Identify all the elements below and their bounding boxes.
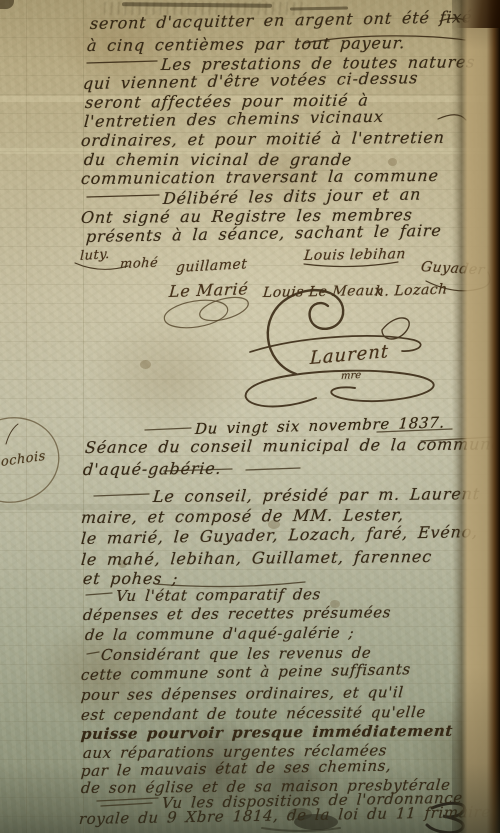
- manuscript-line: cette commune sont à peine suffisants: [80, 660, 411, 684]
- signature-luty: luty.: [80, 247, 110, 264]
- manuscript-line: de la commune d'aqué-galérie ;: [84, 624, 355, 644]
- manuscript-line: puisse pourvoir presque immédiatement: [80, 722, 453, 743]
- manuscript-line: Séance du conseil municipal de la commun…: [84, 434, 500, 457]
- manuscript-line: d'aqué-gabérie.: [82, 459, 222, 479]
- lead-dash: [87, 652, 99, 654]
- signature-le-marie: Le Marié: [168, 279, 249, 301]
- manuscript-line: est cependant de toute nécessité qu'elle: [80, 703, 426, 724]
- lead-dash: [86, 593, 112, 595]
- lead-dash: [94, 494, 149, 496]
- date-dash: [145, 428, 191, 430]
- signature-guillamet: guillamet: [176, 256, 248, 276]
- signature-louis-lebihan: Louis lebihan: [303, 246, 406, 264]
- manuscript-line: Le conseil, présidé par m. Laurent: [152, 484, 481, 506]
- fox-spot: [140, 360, 151, 369]
- filler-dash: [246, 468, 300, 470]
- signature-mayor-title: mre: [341, 370, 362, 382]
- lead-dash: [87, 61, 157, 63]
- signature-laurent-mayor: Laurent: [310, 341, 390, 369]
- laurent-side-loop: [382, 318, 409, 339]
- page-corner-shadow: [428, 0, 500, 28]
- fold-line: [26, 0, 27, 833]
- signature-loop: [162, 296, 229, 332]
- manuscript-line: pour ses dépenses ordinaires, et qu'il: [80, 683, 404, 704]
- margin-annotation: ochois: [1, 449, 46, 470]
- bottom-vignette: [0, 763, 500, 833]
- binding-edge-shadow: [452, 0, 500, 833]
- page-corner-shadow: [0, 0, 14, 9]
- manuscript-line: dépenses et des recettes présumées: [82, 603, 391, 624]
- lead-dash: [87, 195, 159, 197]
- signature-louis-le-meaux: Louis Le Meaux: [262, 283, 383, 301]
- manuscript-line: à cinq centièmes par tout payeur.: [86, 33, 406, 55]
- manuscript-line: et pohes ;: [82, 569, 179, 588]
- signature-mohe: mohé: [119, 256, 158, 272]
- manuscript-page: seront d'acquitter en argent ont été fix…: [0, 0, 500, 833]
- margin-paraph: [6, 424, 18, 444]
- manuscript-line: qui viennent d'être votées ci-dessus: [82, 68, 419, 93]
- manuscript-line: l'entretien des chemins vicinaux: [83, 107, 384, 131]
- fox-spot: [388, 158, 397, 166]
- signature-h-lozach: h. Lozach: [374, 281, 448, 300]
- laurent-underflourish: [246, 371, 434, 407]
- manuscript-line: Vu l'état comparatif des: [115, 585, 321, 605]
- manuscript-line: ordinaires, et pour moitié à l'entretien: [80, 128, 445, 150]
- manuscript-line: le mahé, lebihan, Guillamet, farennec: [80, 547, 433, 569]
